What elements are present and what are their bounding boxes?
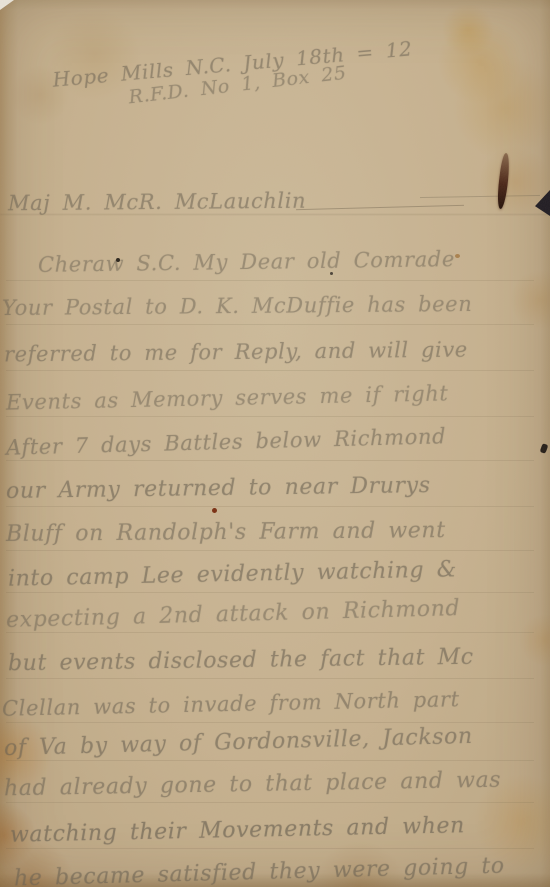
salutation-underline [296,205,464,210]
letter-line: After 7 days Battles below Richmond [6,424,447,460]
edge-tear-notch [535,190,550,216]
ruled-baseline [6,416,534,417]
letter-line: into camp Lee evidently watching & [8,557,457,591]
ruled-baseline [6,550,534,551]
letter-line: watching their Movements and when [10,813,465,848]
paper-tear [496,153,512,210]
fold-crease [0,214,550,215]
ruled-baseline [6,722,534,723]
ink-speck [116,258,120,262]
ruled-baseline [6,460,534,461]
letter-photo: Hope Mills N.C. July 18th = 12R.F.D. No … [0,0,550,887]
letter-line: referred to me for Reply, and will give [4,338,468,367]
ruled-baseline [6,802,534,803]
edge-fleck [540,443,549,454]
letter-line: Cheraw S.C. My Dear old Comrade [38,247,455,277]
stain-speck [455,254,460,258]
ruled-baseline [6,506,534,507]
ruled-baseline [6,632,534,633]
letter-line: but events disclosed the fact that Mc [8,645,474,676]
ruled-baseline [6,324,534,325]
letter-line: Clellan was to invade from North part [2,687,460,721]
letter-line: he became satisfied they were going to [14,854,505,887]
letter-line: Bluff on Randolph's Farm and went [6,518,446,547]
letter-line: our Army returned to near Drurys [6,473,431,504]
letter-line: of Va by way of Gordonsville, Jackson [4,724,473,761]
ruled-baseline [6,848,534,849]
ruled-baseline [6,370,534,371]
red-speck [212,508,217,513]
ink-speck [330,272,333,275]
ruled-baseline [6,678,534,679]
ruled-baseline [6,760,534,761]
corner-clip [0,0,14,10]
letter-line: Maj M. McR. McLauchlin [8,189,306,216]
letter-line: expecting a 2nd attack on Richmond [6,596,461,633]
salutation-underline-right [420,195,540,198]
ruled-baseline [6,280,534,281]
letter-line: had already gone to that place and was [4,768,502,802]
letter-line: Events as Memory serves me if right [6,381,449,414]
letter-line: Your Postal to D. K. McDuffie has been [2,292,473,320]
ruled-baseline [6,592,534,593]
